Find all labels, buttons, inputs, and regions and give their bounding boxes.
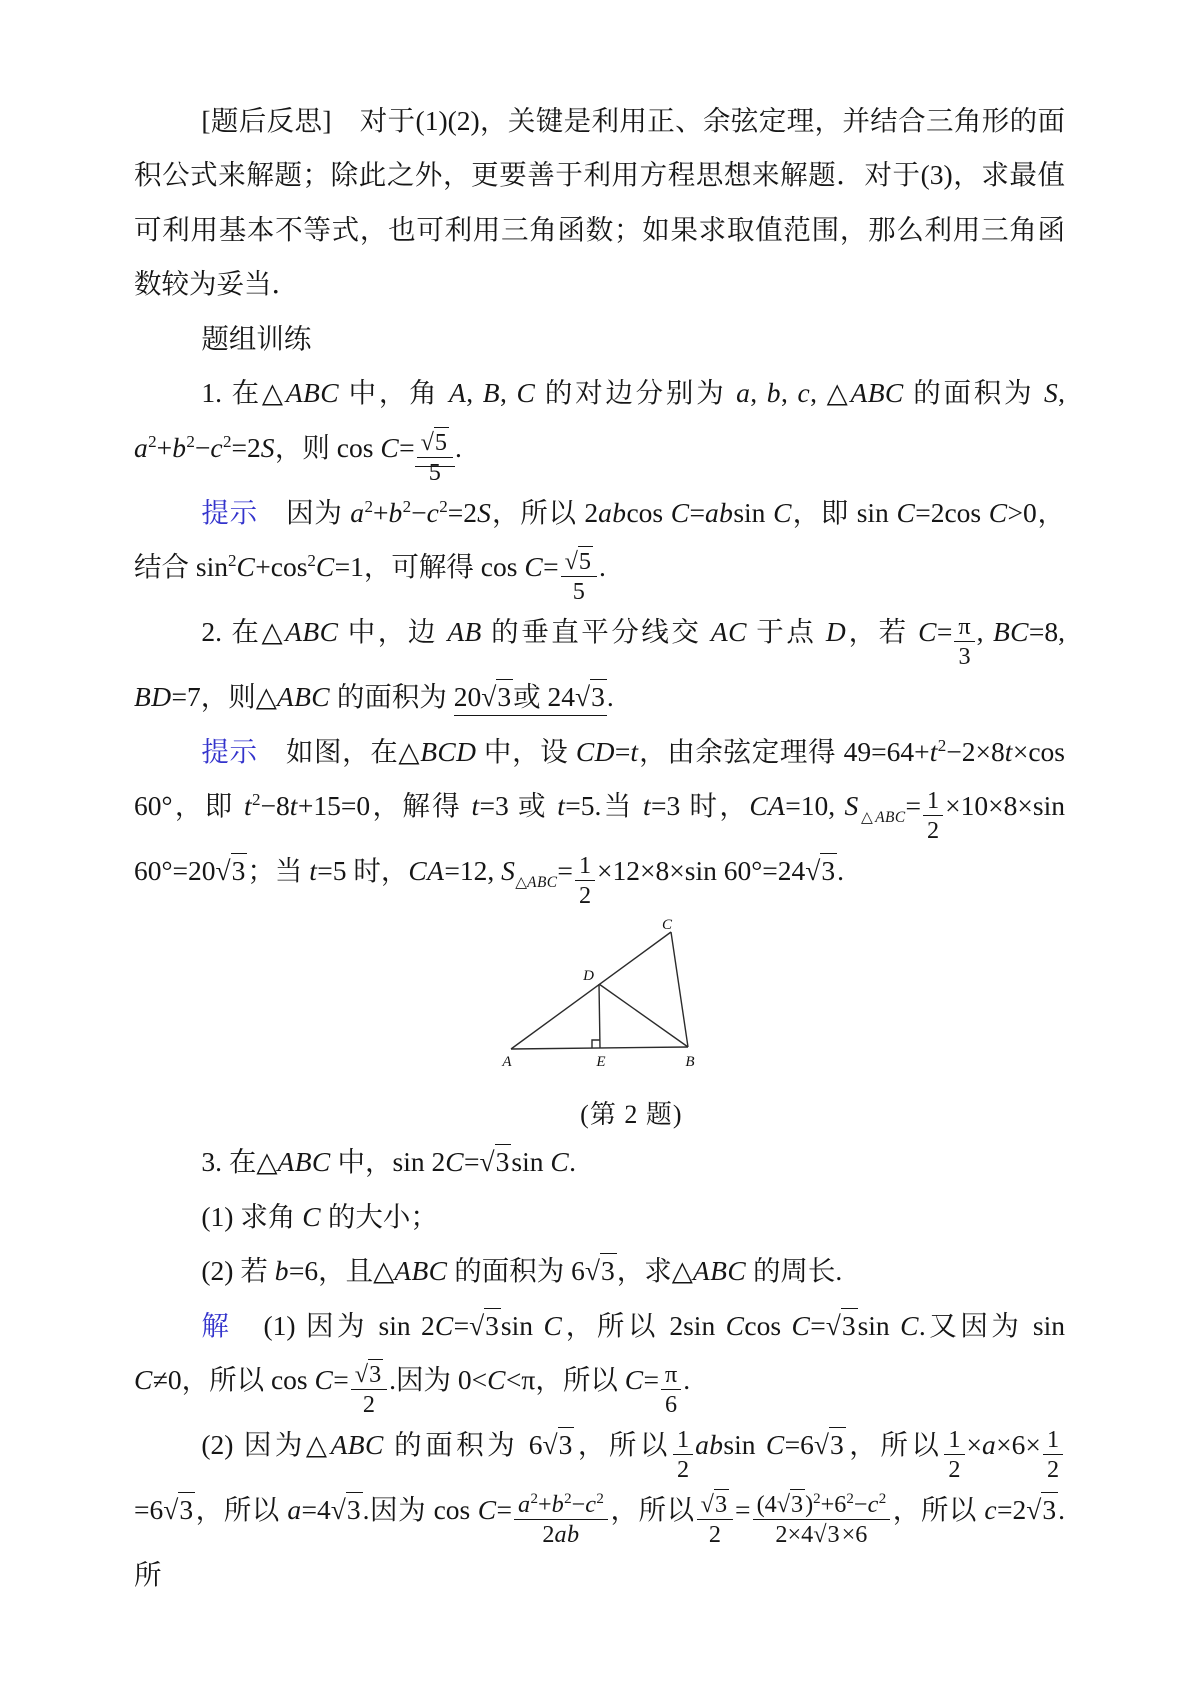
problem-2: 2. 在△ABC 中，边 AB 的垂直平分线交 AC 于点 D，若 C=π3, … — [134, 605, 1065, 725]
figure-label-d: D — [582, 968, 594, 984]
solution-part-1: 解 (1) 因为 sin 2C=√3sin C，所以 2sin Ccos C=√… — [134, 1299, 1065, 1419]
problem-1: 1. 在△ABC 中，角 A, B, C 的对边分别为 a, b, c, △AB… — [134, 366, 1065, 486]
edge-DB — [599, 984, 688, 1047]
edge-CB — [671, 932, 688, 1047]
section-heading: 题组训练 — [134, 312, 1065, 366]
figure-label-b: B — [685, 1054, 694, 1070]
hint-1: 提示 因为 a2+b2−c2=2S，所以 2abcos C=absin C，即 … — [134, 486, 1065, 606]
figure-label-a: A — [501, 1054, 512, 1070]
edge-DE — [599, 984, 600, 1048]
triangle-diagram: C D A E B — [484, 919, 716, 1075]
document-page: [题后反思] 对于(1)(2)，关键是利用正、余弦定理，并结合三角形的面积公式来… — [0, 0, 1191, 1603]
figure-label-c: C — [661, 919, 672, 933]
right-angle-mark — [592, 1040, 600, 1048]
problem-3-part-1: (1) 求角 C 的大小； — [134, 1190, 1065, 1244]
problem-3-part-2: (2) 若 b=6，且△ABC 的面积为 6√3，求△ABC 的周长. — [134, 1244, 1065, 1298]
figure-caption-text: (第 2 题) — [580, 1100, 682, 1129]
figure-label-e: E — [595, 1054, 605, 1070]
hint-2: 提示 如图，在△BCD 中，设 CD=t，由余弦定理得 49=64+t2−2×8… — [134, 725, 1065, 910]
solution-part-2: (2) 因为△ABC 的面积为 6√3，所以12absin C=6√3，所以12… — [134, 1418, 1065, 1603]
edge-AC — [511, 932, 671, 1049]
problem-3: 3. 在△ABC 中，sin 2C=√3sin C. — [134, 1135, 1065, 1189]
reflection-note: [题后反思] 对于(1)(2)，关键是利用正、余弦定理，并结合三角形的面积公式来… — [134, 94, 1065, 312]
figure-caption: (第 2 题) — [134, 1094, 1065, 1136]
triangle-figure: C D A E B — [134, 919, 1065, 1093]
